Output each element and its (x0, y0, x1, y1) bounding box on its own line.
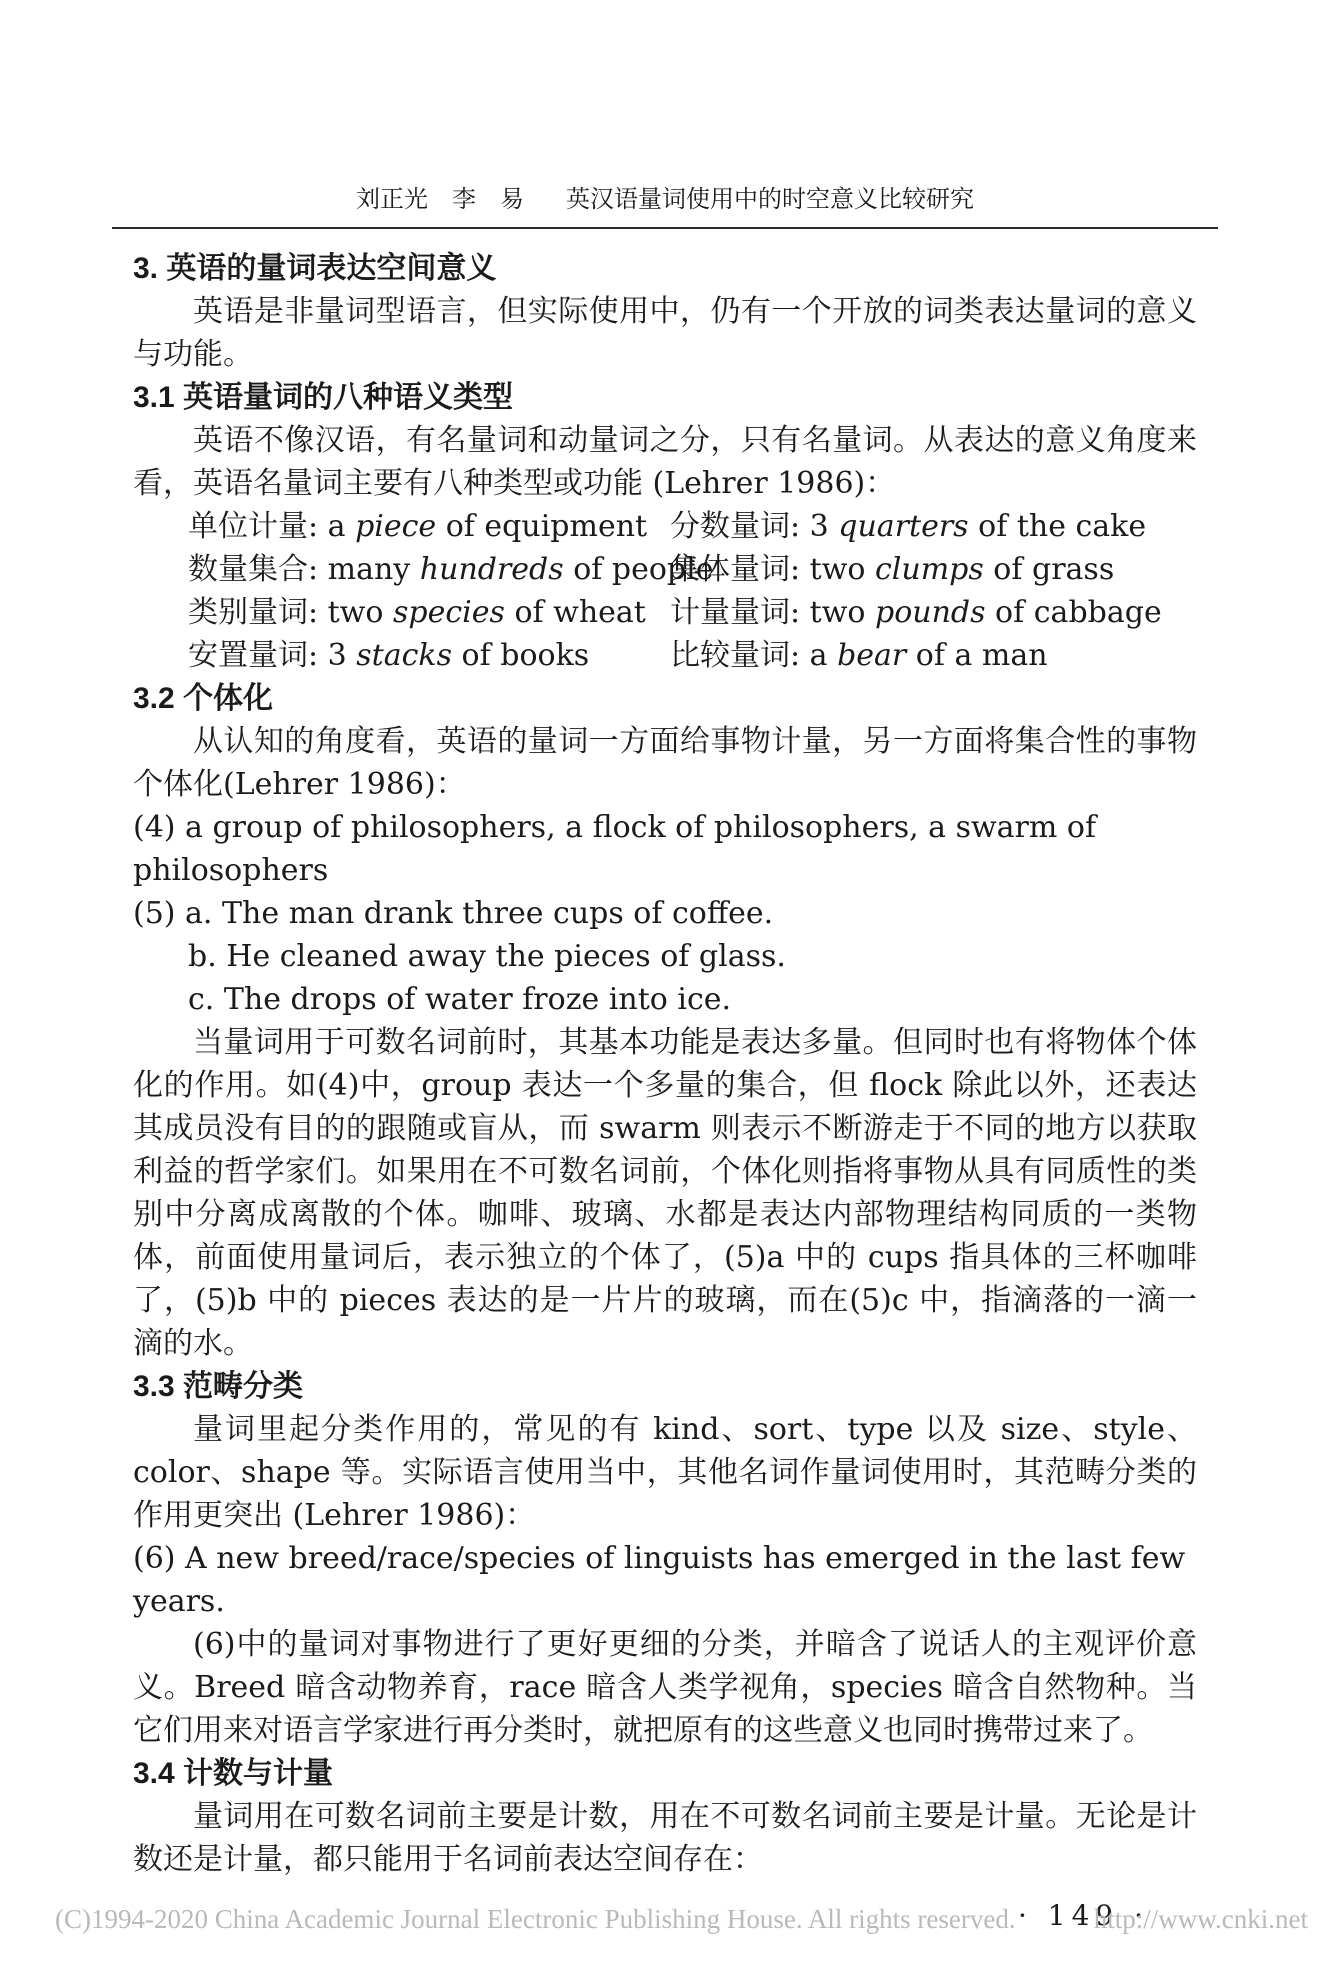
classifier-row: 单位计量: a piece of equipment分数量词: 3 quarte… (188, 505, 1197, 548)
classifier-label: 类别量词: (188, 595, 328, 630)
paragraph: 量词里起分类作用的，常见的有 kind、sort、type 以及 size、st… (133, 1408, 1197, 1537)
classifier-row: 数量集合: many hundreds of people集体量词: two c… (188, 548, 1197, 591)
paragraph: 英语不像汉语，有名量词和动量词之分，只有名量词。从表达的意义角度来看，英语名量词… (133, 419, 1197, 505)
running-head: 刘正光 李 易英汉语量词使用中的时空意义比较研究 (0, 0, 1330, 214)
section-heading: 3.1 英语量词的八种语义类型 (133, 376, 1197, 419)
classifier-label: 比较量词: (670, 638, 810, 673)
classifier-item: 单位计量: a piece of equipment (188, 505, 670, 548)
journal-page: 刘正光 李 易英汉语量词使用中的时空意义比较研究 3. 英语的量词表达空间意义英… (0, 0, 1330, 1972)
classifier-item: 数量集合: many hundreds of people (188, 548, 670, 591)
paragraph: 从认知的角度看，英语的量词一方面给事物计量，另一方面将集合性的事物个体化(Leh… (133, 720, 1197, 806)
copyright-text: (C)1994-2020 China Academic Journal Elec… (55, 1904, 1016, 1935)
classifier-item: 类别量词: two species of wheat (188, 591, 670, 634)
classifier-row: 类别量词: two species of wheat计量量词: two poun… (188, 591, 1197, 634)
section-heading: 3.2 个体化 (133, 677, 1197, 720)
classifier-row: 安置量词: 3 stacks of books比较量词: a bear of a… (188, 634, 1197, 677)
paragraph: 当量词用于可数名词前时，其基本功能是表达多量。但同时也有将物体个体化的作用。如(… (133, 1021, 1197, 1365)
classifier-item: 安置量词: 3 stacks of books (188, 634, 670, 677)
classifier-item: 计量量词: two pounds of cabbage (670, 591, 1162, 634)
classifier-label: 计量量词: (670, 595, 810, 630)
example-line: (6) A new breed/race/species of linguist… (133, 1537, 1197, 1623)
example-line: (4) a group of philosophers, a flock of … (133, 806, 1197, 892)
classifier-label: 分数量词: (670, 509, 810, 544)
example-line: b. He cleaned away the pieces of glass. (133, 935, 1197, 978)
header-rule (112, 227, 1218, 229)
paragraph: 英语是非量词型语言，但实际使用中，仍有一个开放的词类表达量词的意义与功能。 (133, 290, 1197, 376)
classifier-label: 单位计量: (188, 509, 328, 544)
section-heading: 3.4 计数与计量 (133, 1752, 1197, 1795)
example-line: (5) a. The man drank three cups of coffe… (133, 892, 1197, 935)
classifier-list: 单位计量: a piece of equipment分数量词: 3 quarte… (133, 505, 1197, 677)
classifier-item: 分数量词: 3 quarters of the cake (670, 505, 1146, 548)
example-line: c. The drops of water froze into ice. (133, 978, 1197, 1021)
article-body: 3. 英语的量词表达空间意义英语是非量词型语言，但实际使用中，仍有一个开放的词类… (133, 247, 1197, 1881)
section-heading: 3. 英语的量词表达空间意义 (133, 247, 1197, 290)
cnki-url: http://www.cnki.net (1094, 1904, 1308, 1935)
classifier-item: 比较量词: a bear of a man (670, 634, 1048, 677)
classifier-label: 数量集合: (188, 552, 328, 587)
classifier-item: 集体量词: two clumps of grass (670, 548, 1114, 591)
paragraph: (6)中的量词对事物进行了更好更细的分类，并暗含了说话人的主观评价意义。Bree… (133, 1623, 1197, 1752)
classifier-label: 安置量词: (188, 638, 328, 673)
classifier-label: 集体量词: (670, 552, 810, 587)
paragraph: 量词用在可数名词前主要是计数，用在不可数名词前主要是计量。无论是计数还是计量，都… (133, 1795, 1197, 1881)
section-heading: 3.3 范畴分类 (133, 1365, 1197, 1408)
copyright-bar: (C)1994-2020 China Academic Journal Elec… (55, 1904, 1308, 1935)
header-title: 英汉语量词使用中的时空意义比较研究 (566, 185, 974, 213)
header-authors: 刘正光 李 易 (356, 185, 524, 213)
